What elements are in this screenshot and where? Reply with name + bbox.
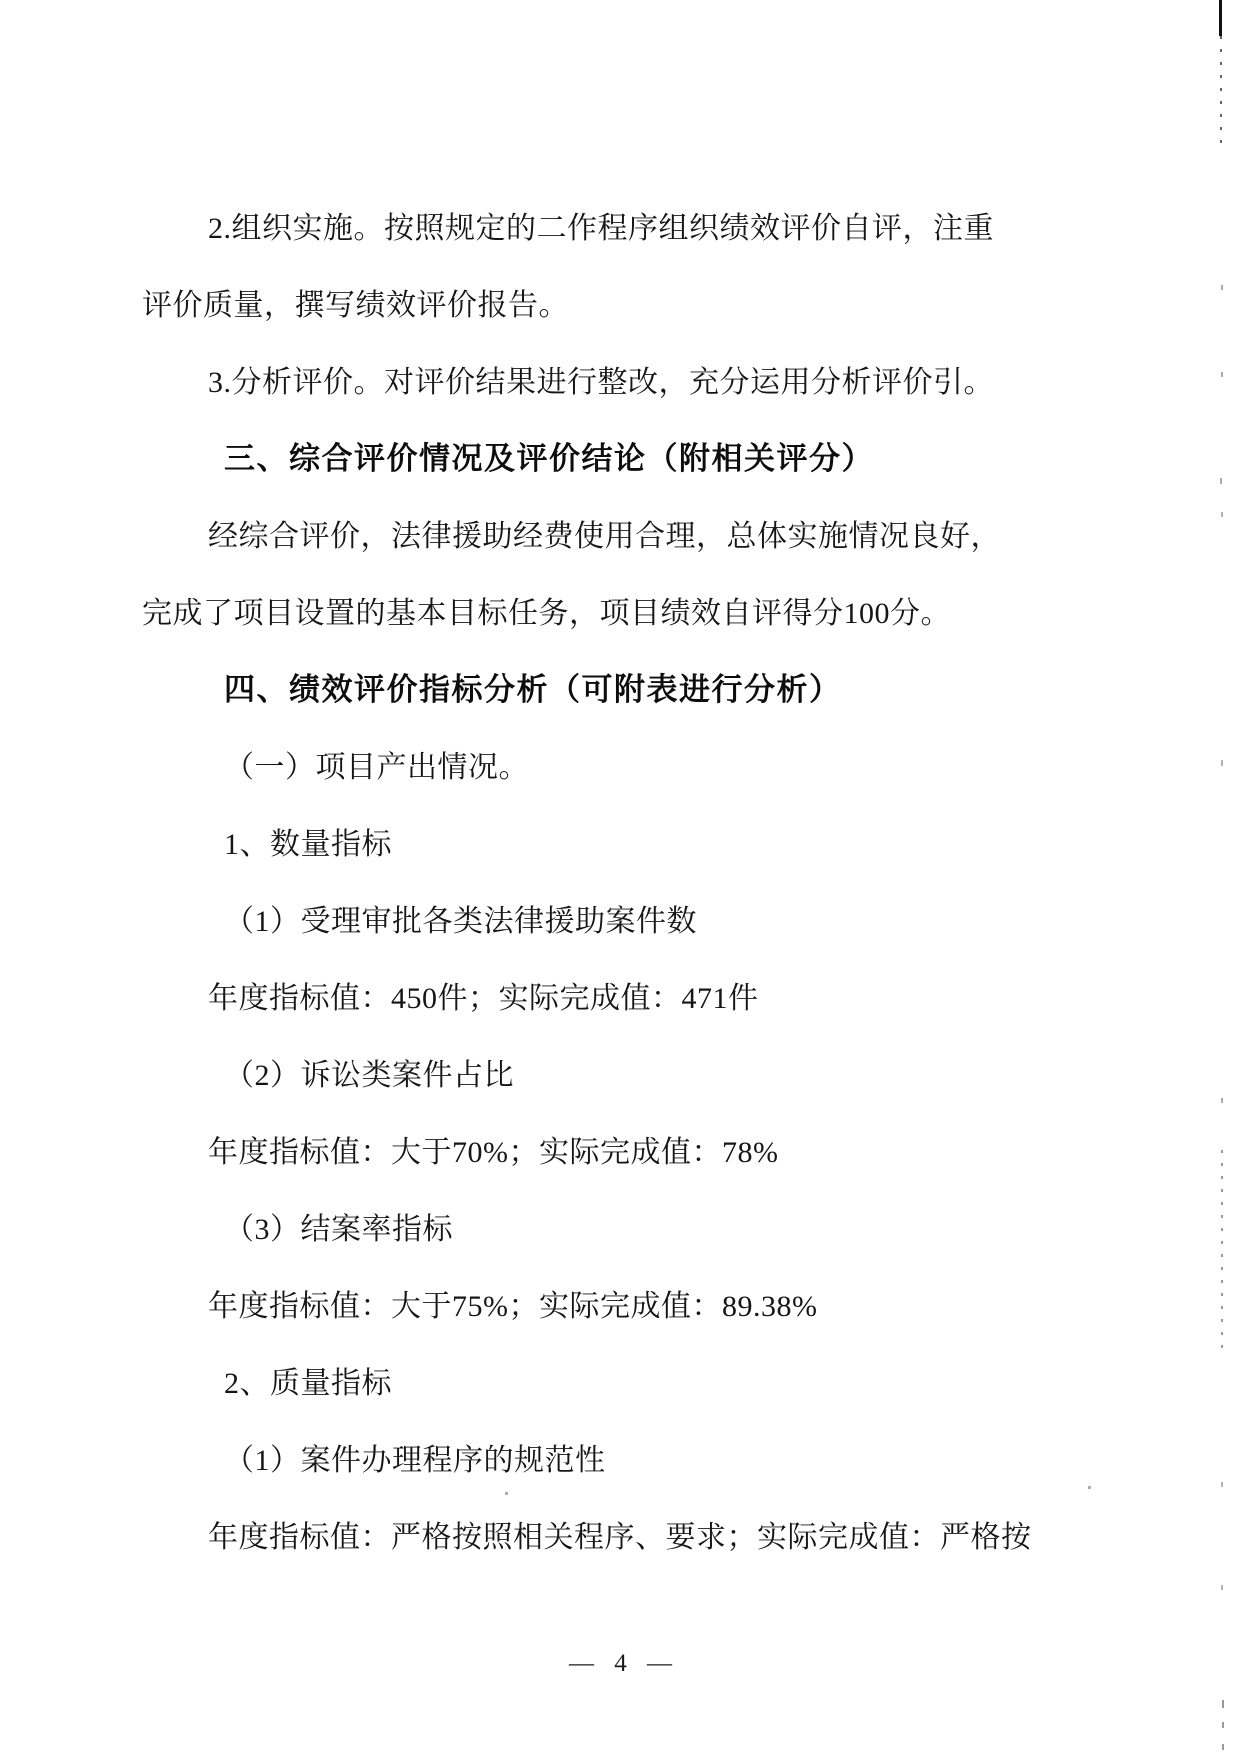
text-line: 经综合评价，法律援助经费使用合理，总体实施情况良好， (0, 494, 1242, 571)
text-line: 完成了项目设置的基本目标任务，项目绩效自评得分100分。 (0, 571, 1242, 648)
scan-artifact (1221, 285, 1223, 290)
text-line: （一）项目产出情况。 (0, 725, 1242, 802)
text-line: （2）诉讼类案件占比 (0, 1033, 1242, 1110)
text-line: 3.分析评价。对评价结果进行整改，充分运用分析评价引。 (0, 340, 1242, 417)
text-line: （1）受理审批各类法律援助案件数 (0, 879, 1242, 956)
scan-artifact (1221, 1098, 1223, 1103)
scan-artifact (1221, 1585, 1223, 1590)
scan-artifact (1220, 478, 1222, 484)
text-line: 1、数量指标 (0, 802, 1242, 879)
scan-artifact (1222, 1722, 1224, 1728)
scan-artifact (1221, 512, 1223, 517)
text-line: 2.组织实施。按照规定的二作程序组织绩效评价自评，注重 (0, 186, 1242, 263)
text-line: 年度指标值：大于75%；实际完成值：89.38% (0, 1264, 1242, 1341)
scan-artifact (1221, 1150, 1223, 1350)
section-heading: 四、绩效评价指标分析（可附表进行分析） (0, 648, 1242, 725)
scan-artifact (1220, 36, 1222, 146)
scan-speck (505, 1492, 508, 1495)
scan-speck (1088, 1486, 1091, 1489)
section-heading: 三、综合评价情况及评价结论（附相关评分） (0, 417, 1242, 494)
text-line: 评价质量，撰写绩效评价报告。 (0, 263, 1242, 340)
scan-artifact (1221, 372, 1223, 377)
text-line: （3）结案率指标 (0, 1187, 1242, 1264)
scan-artifact (1222, 1700, 1224, 1708)
text-line: 年度指标值：大于70%；实际完成值：78% (0, 1110, 1242, 1187)
text-line: 2、质量指标 (0, 1341, 1242, 1418)
document-body: 2.组织实施。按照规定的二作程序组织绩效评价自评，注重评价质量，撰写绩效评价报告… (0, 186, 1242, 1572)
page-number: — 4 — (0, 1650, 1242, 1678)
scan-artifact (1222, 1744, 1224, 1750)
scan-artifact (1221, 1482, 1223, 1487)
scan-artifact (1219, 0, 1222, 36)
text-line: （1）案件办理程序的规范性 (0, 1418, 1242, 1495)
text-line: 年度指标值：450件；实际完成值：471件 (0, 956, 1242, 1033)
document-page: 2.组织实施。按照规定的二作程序组织绩效评价自评，注重评价质量，撰写绩效评价报告… (0, 0, 1242, 1754)
text-line: 年度指标值：严格按照相关程序、要求；实际完成值：严格按 (0, 1495, 1242, 1572)
scan-artifact (1221, 760, 1223, 766)
